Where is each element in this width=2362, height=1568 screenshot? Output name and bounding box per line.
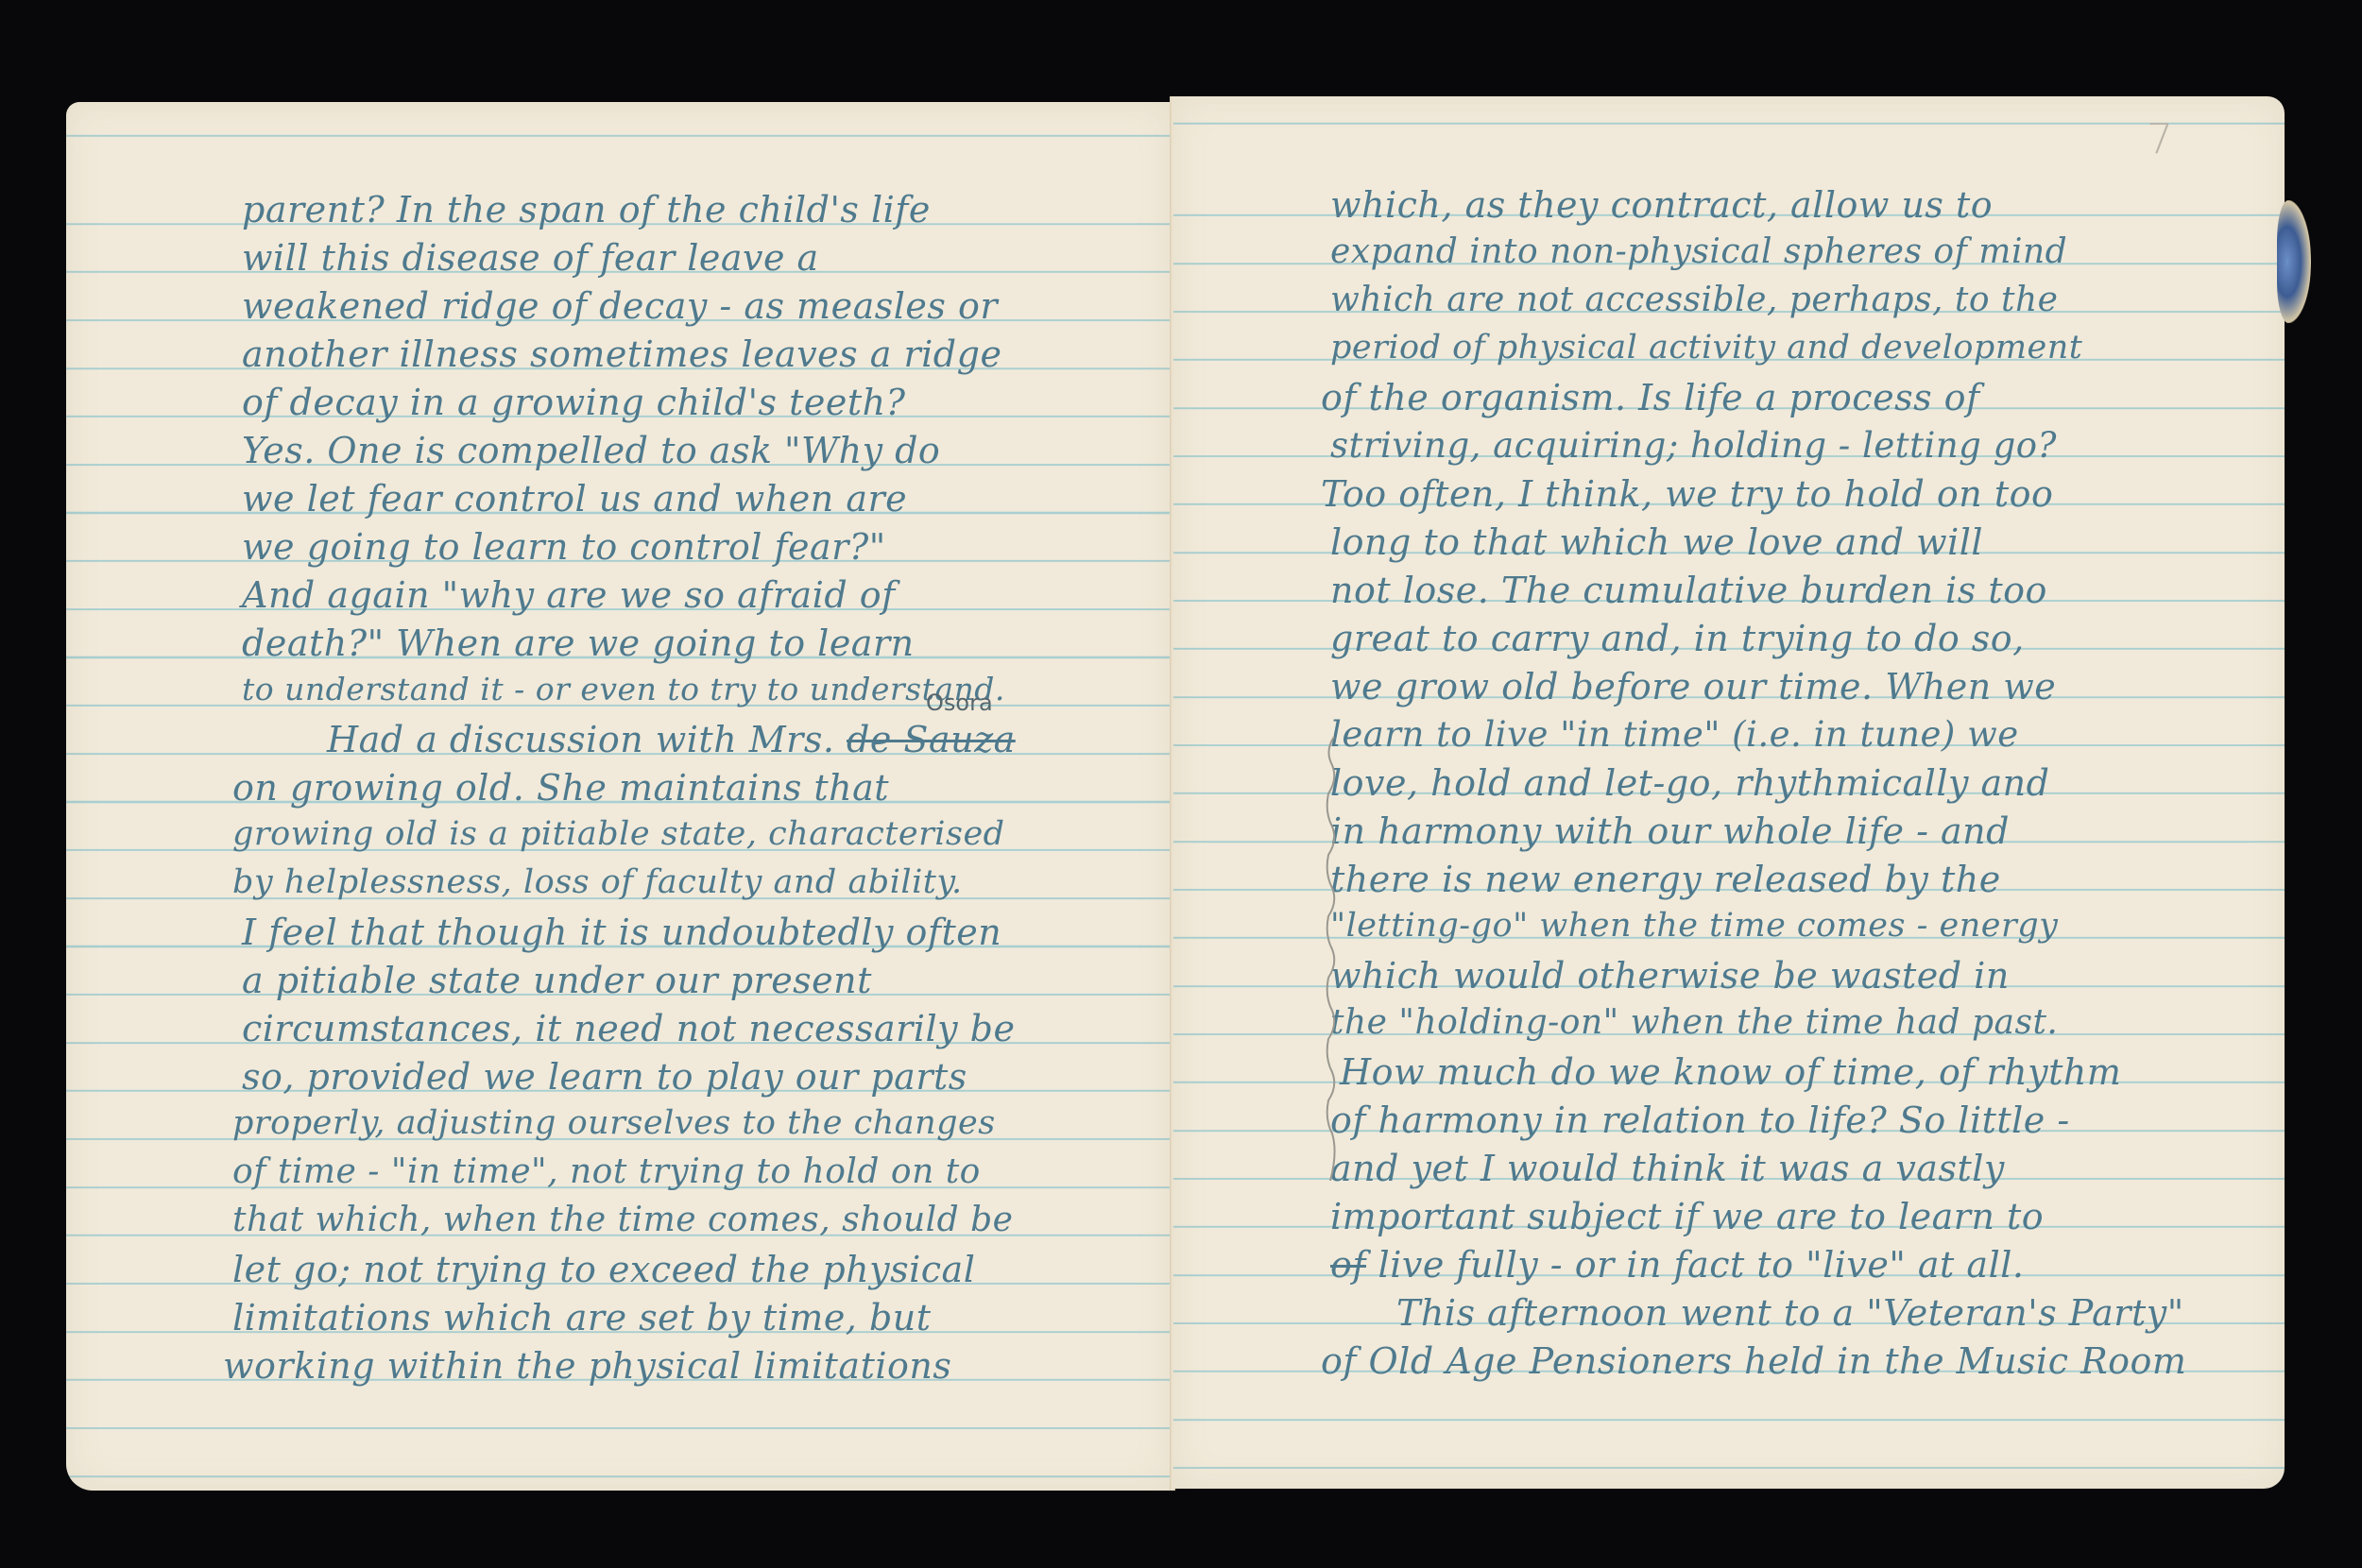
text-line: limitations which are set by time, but xyxy=(232,1297,932,1338)
text-line: striving, acquiring; holding - letting g… xyxy=(1330,425,2057,466)
text-line: I feel that though it is undoubtedly oft… xyxy=(242,912,1001,953)
text-line: circumstances, it need not necessarily b… xyxy=(242,1008,1016,1049)
text-line: we grow old before our time. When we xyxy=(1330,666,2056,707)
struck-name: de Sauza xyxy=(847,719,1016,760)
left-notebook-page: parent? In the span of the child's life … xyxy=(66,102,1172,1491)
text-line: weakened ridge of decay - as measles or xyxy=(242,285,998,327)
text-line: the "holding-on" when the time had past. xyxy=(1330,1003,2058,1042)
text-line: of Old Age Pensioners held in the Music … xyxy=(1321,1340,2186,1382)
text-line: not lose. The cumulative burden is too xyxy=(1330,570,2047,611)
text-line: long to that which we love and will xyxy=(1330,521,1983,563)
text-line: in harmony with our whole life - and xyxy=(1330,810,2010,852)
text-line: love, hold and let-go, rhythmically and xyxy=(1330,762,2049,804)
text-line: which are not accessible, perhaps, to th… xyxy=(1330,281,2058,319)
text-line: growing old is a pitiable state, charact… xyxy=(232,815,1005,853)
text-line: which would otherwise be wasted in xyxy=(1330,955,2010,997)
struck-word: of xyxy=(1330,1244,1366,1286)
text-line: on growing old. She maintains that xyxy=(232,767,889,809)
text-line: by helplessness, loss of faculty and abi… xyxy=(232,863,963,901)
torn-paper-tab xyxy=(2277,200,2311,323)
text-line: Yes. One is compelled to ask "Why do xyxy=(242,430,940,471)
text-line: This afternoon went to a "Veteran's Part… xyxy=(1396,1292,2184,1334)
text-line: another illness sometimes leaves a ridge xyxy=(242,333,1001,375)
text-line: parent? In the span of the child's life xyxy=(242,189,931,230)
text-line: which, as they contract, allow us to xyxy=(1330,184,1993,226)
text-line: and yet I would think it was a vastly xyxy=(1330,1148,2005,1189)
text-line: learn to live "in time" (i.e. in tune) w… xyxy=(1330,714,2019,755)
text-line: to understand it - or even to try to und… xyxy=(242,671,1005,707)
text-line: of time - "in time", not trying to hold … xyxy=(232,1152,981,1191)
text-line: of live fully - or in fact to "live" at … xyxy=(1330,1244,2024,1286)
text-line: expand into non-physical spheres of mind xyxy=(1330,232,2067,271)
text-line: period of physical activity and developm… xyxy=(1330,329,2082,366)
text-line: And again "why are we so afraid of xyxy=(242,574,896,616)
text-line: of harmony in relation to life? So littl… xyxy=(1330,1099,2070,1141)
page-number: 7 xyxy=(2147,115,2173,163)
text-line: that which, when the time comes, should … xyxy=(232,1201,1013,1239)
text-fragment: Had a discussion with Mrs. xyxy=(327,719,834,760)
text-line: "letting-go" when the time comes - energ… xyxy=(1330,907,2058,945)
text-line: a pitiable state under our present xyxy=(242,960,872,1001)
text-line: let go; not trying to exceed the physica… xyxy=(232,1249,975,1290)
text-line: Had a discussion with Mrs. de Sauza xyxy=(327,719,1016,760)
text-line: we let fear control us and when are xyxy=(242,478,907,520)
text-fragment: live fully - or in fact to "live" at all… xyxy=(1378,1244,2025,1286)
text-line: we going to learn to control fear?" xyxy=(242,526,886,568)
text-line: of the organism. Is life a process of xyxy=(1321,377,1980,418)
text-line: important subject if we are to learn to xyxy=(1330,1196,2044,1237)
text-line: great to carry and, in trying to do so, xyxy=(1330,618,2025,659)
right-notebook-page: 7 which, as they contract, allow us to e… xyxy=(1173,96,2285,1489)
inserted-name-annotation: Osora xyxy=(926,690,993,716)
text-line: working within the physical limitations xyxy=(223,1345,951,1387)
text-line: How much do we know of time, of rhythm xyxy=(1340,1051,2121,1093)
text-line: so, provided we learn to play our parts xyxy=(242,1056,967,1098)
text-line: properly, adjusting ourselves to the cha… xyxy=(232,1104,996,1142)
text-line: there is new energy released by the xyxy=(1330,859,2001,900)
text-line: death?" When are we going to learn xyxy=(242,622,915,664)
text-line: of decay in a growing child's teeth? xyxy=(242,382,905,423)
text-line: will this disease of fear leave a xyxy=(242,237,819,279)
margin-bracket-mark xyxy=(1325,737,1338,1181)
text-line: Too often, I think, we try to hold on to… xyxy=(1321,473,2053,515)
